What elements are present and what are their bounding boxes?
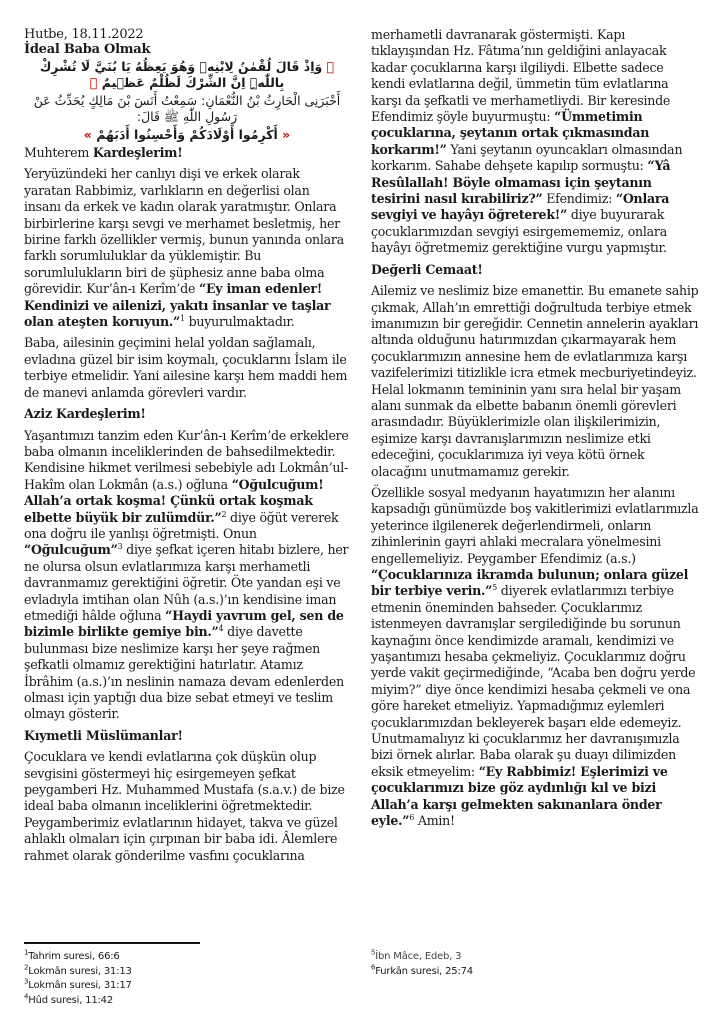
arabic-hadith-text: أَكْرِمُوا أَوْلَادَكُمْ وَأَحْسِنُوا أَ… bbox=[96, 127, 278, 142]
right-column: merhametli davranarak göstermişti. Kapı … bbox=[371, 27, 701, 835]
footnote-item: 3Lokmân suresi, 31:17 bbox=[24, 979, 132, 994]
hadith-bracket-close: » bbox=[84, 127, 92, 142]
heading-plain-text: Muhterem bbox=[24, 145, 93, 160]
footnote-text: Furkân suresi, 25:74 bbox=[375, 966, 473, 977]
footnote-item: 5İbn Mâce, Edeb, 3 bbox=[371, 950, 473, 965]
paragraph-text: Yeryüzündeki her canlıyı dişi ve erkek o… bbox=[24, 166, 344, 296]
footnote-item: 6Furkân suresi, 25:74 bbox=[371, 965, 473, 980]
paragraph-text: buyurulmaktadır. bbox=[185, 314, 295, 329]
paragraph-3: Yaşantımızı tanzim eden Kur’ân-ı Kerîm’d… bbox=[24, 428, 350, 723]
verse-bracket-close: ﴾ bbox=[90, 75, 98, 90]
paragraph-2: Baba, ailesinin geçimini helal yoldan sa… bbox=[24, 335, 350, 401]
arabic-hadith-intro: أَخْبَرَنِى الْحَارِثُ بْنُ النُّعْمَانِ… bbox=[24, 93, 350, 125]
paragraph-text: diyerek evlatlarımızı terbiye etmenin ön… bbox=[371, 583, 695, 778]
paragraph-4: Çocuklara ve kendi evlatlarına çok düşkü… bbox=[24, 749, 350, 864]
arabic-hadith: « أَكْرِمُوا أَوْلَادَكُمْ وَأَحْسِنُوا … bbox=[24, 127, 350, 143]
section-heading-aziz: Aziz Kardeşlerim! bbox=[24, 406, 350, 422]
sermon-date: Hutbe, 18.11.2022 bbox=[24, 27, 350, 42]
arabic-verse-text: وَاِذْ قَالَ لُقْمٰنُ لِابْنِهٖ وَهُوَ ي… bbox=[40, 59, 322, 90]
footnote-item: 1Tahrim suresi, 66:6 bbox=[24, 950, 132, 965]
footnote-text: Hûd suresi, 11:42 bbox=[28, 995, 113, 1006]
footnote-text: Tahrim suresi, 66:6 bbox=[28, 951, 119, 962]
section-heading-muhterem: Muhterem Kardeşlerim! bbox=[24, 145, 350, 161]
section-heading-kiymetli: Kıymetli Müslümanlar! bbox=[24, 728, 350, 744]
footnotes-left: 1Tahrim suresi, 66:6 2Lokmân suresi, 31:… bbox=[24, 950, 132, 1008]
sermon-title: İdeal Baba Olmak bbox=[24, 42, 350, 57]
section-heading-degerli: Değerli Cemaat! bbox=[371, 262, 701, 278]
footnotes-right: 5İbn Mâce, Edeb, 3 6Furkân suresi, 25:74 bbox=[371, 950, 473, 979]
paragraph-text: Efendimiz: bbox=[542, 191, 615, 206]
arabic-verse: ﴿ وَاِذْ قَالَ لُقْمٰنُ لِابْنِهٖ وَهُوَ… bbox=[24, 59, 350, 91]
heading-bold-text: Kardeşlerim! bbox=[93, 145, 183, 160]
hadith-bracket-open: « bbox=[282, 127, 290, 142]
verse-bracket-open: ﴿ bbox=[327, 59, 335, 74]
footnote-text: İbn Mâce, Edeb, 3 bbox=[375, 951, 461, 962]
footnote-text: Lokmân suresi, 31:13 bbox=[28, 966, 131, 977]
paragraph-5: merhametli davranarak göstermişti. Kapı … bbox=[371, 27, 701, 257]
left-column: Hutbe, 18.11.2022 İdeal Baba Olmak ﴿ وَا… bbox=[24, 27, 350, 869]
footnote-item: 2Lokmân suresi, 31:13 bbox=[24, 965, 132, 980]
paragraph-6: Ailemiz ve neslimiz bize emanettir. Bu e… bbox=[371, 283, 701, 480]
paragraph-1: Yeryüzündeki her canlıyı dişi ve erkek o… bbox=[24, 166, 350, 330]
footnote-item: 4Hûd suresi, 11:42 bbox=[24, 994, 132, 1009]
paragraph-text: Amin! bbox=[414, 813, 455, 828]
footnote-separator bbox=[24, 942, 200, 944]
paragraph-7: Özellikle sosyal medyanın hayatımızın he… bbox=[371, 485, 701, 830]
verse-quote: “Oğulcuğum” bbox=[24, 542, 118, 557]
footnote-text: Lokmân suresi, 31:17 bbox=[28, 980, 131, 991]
paragraph-text: Özellikle sosyal medyanın hayatımızın he… bbox=[371, 485, 698, 566]
